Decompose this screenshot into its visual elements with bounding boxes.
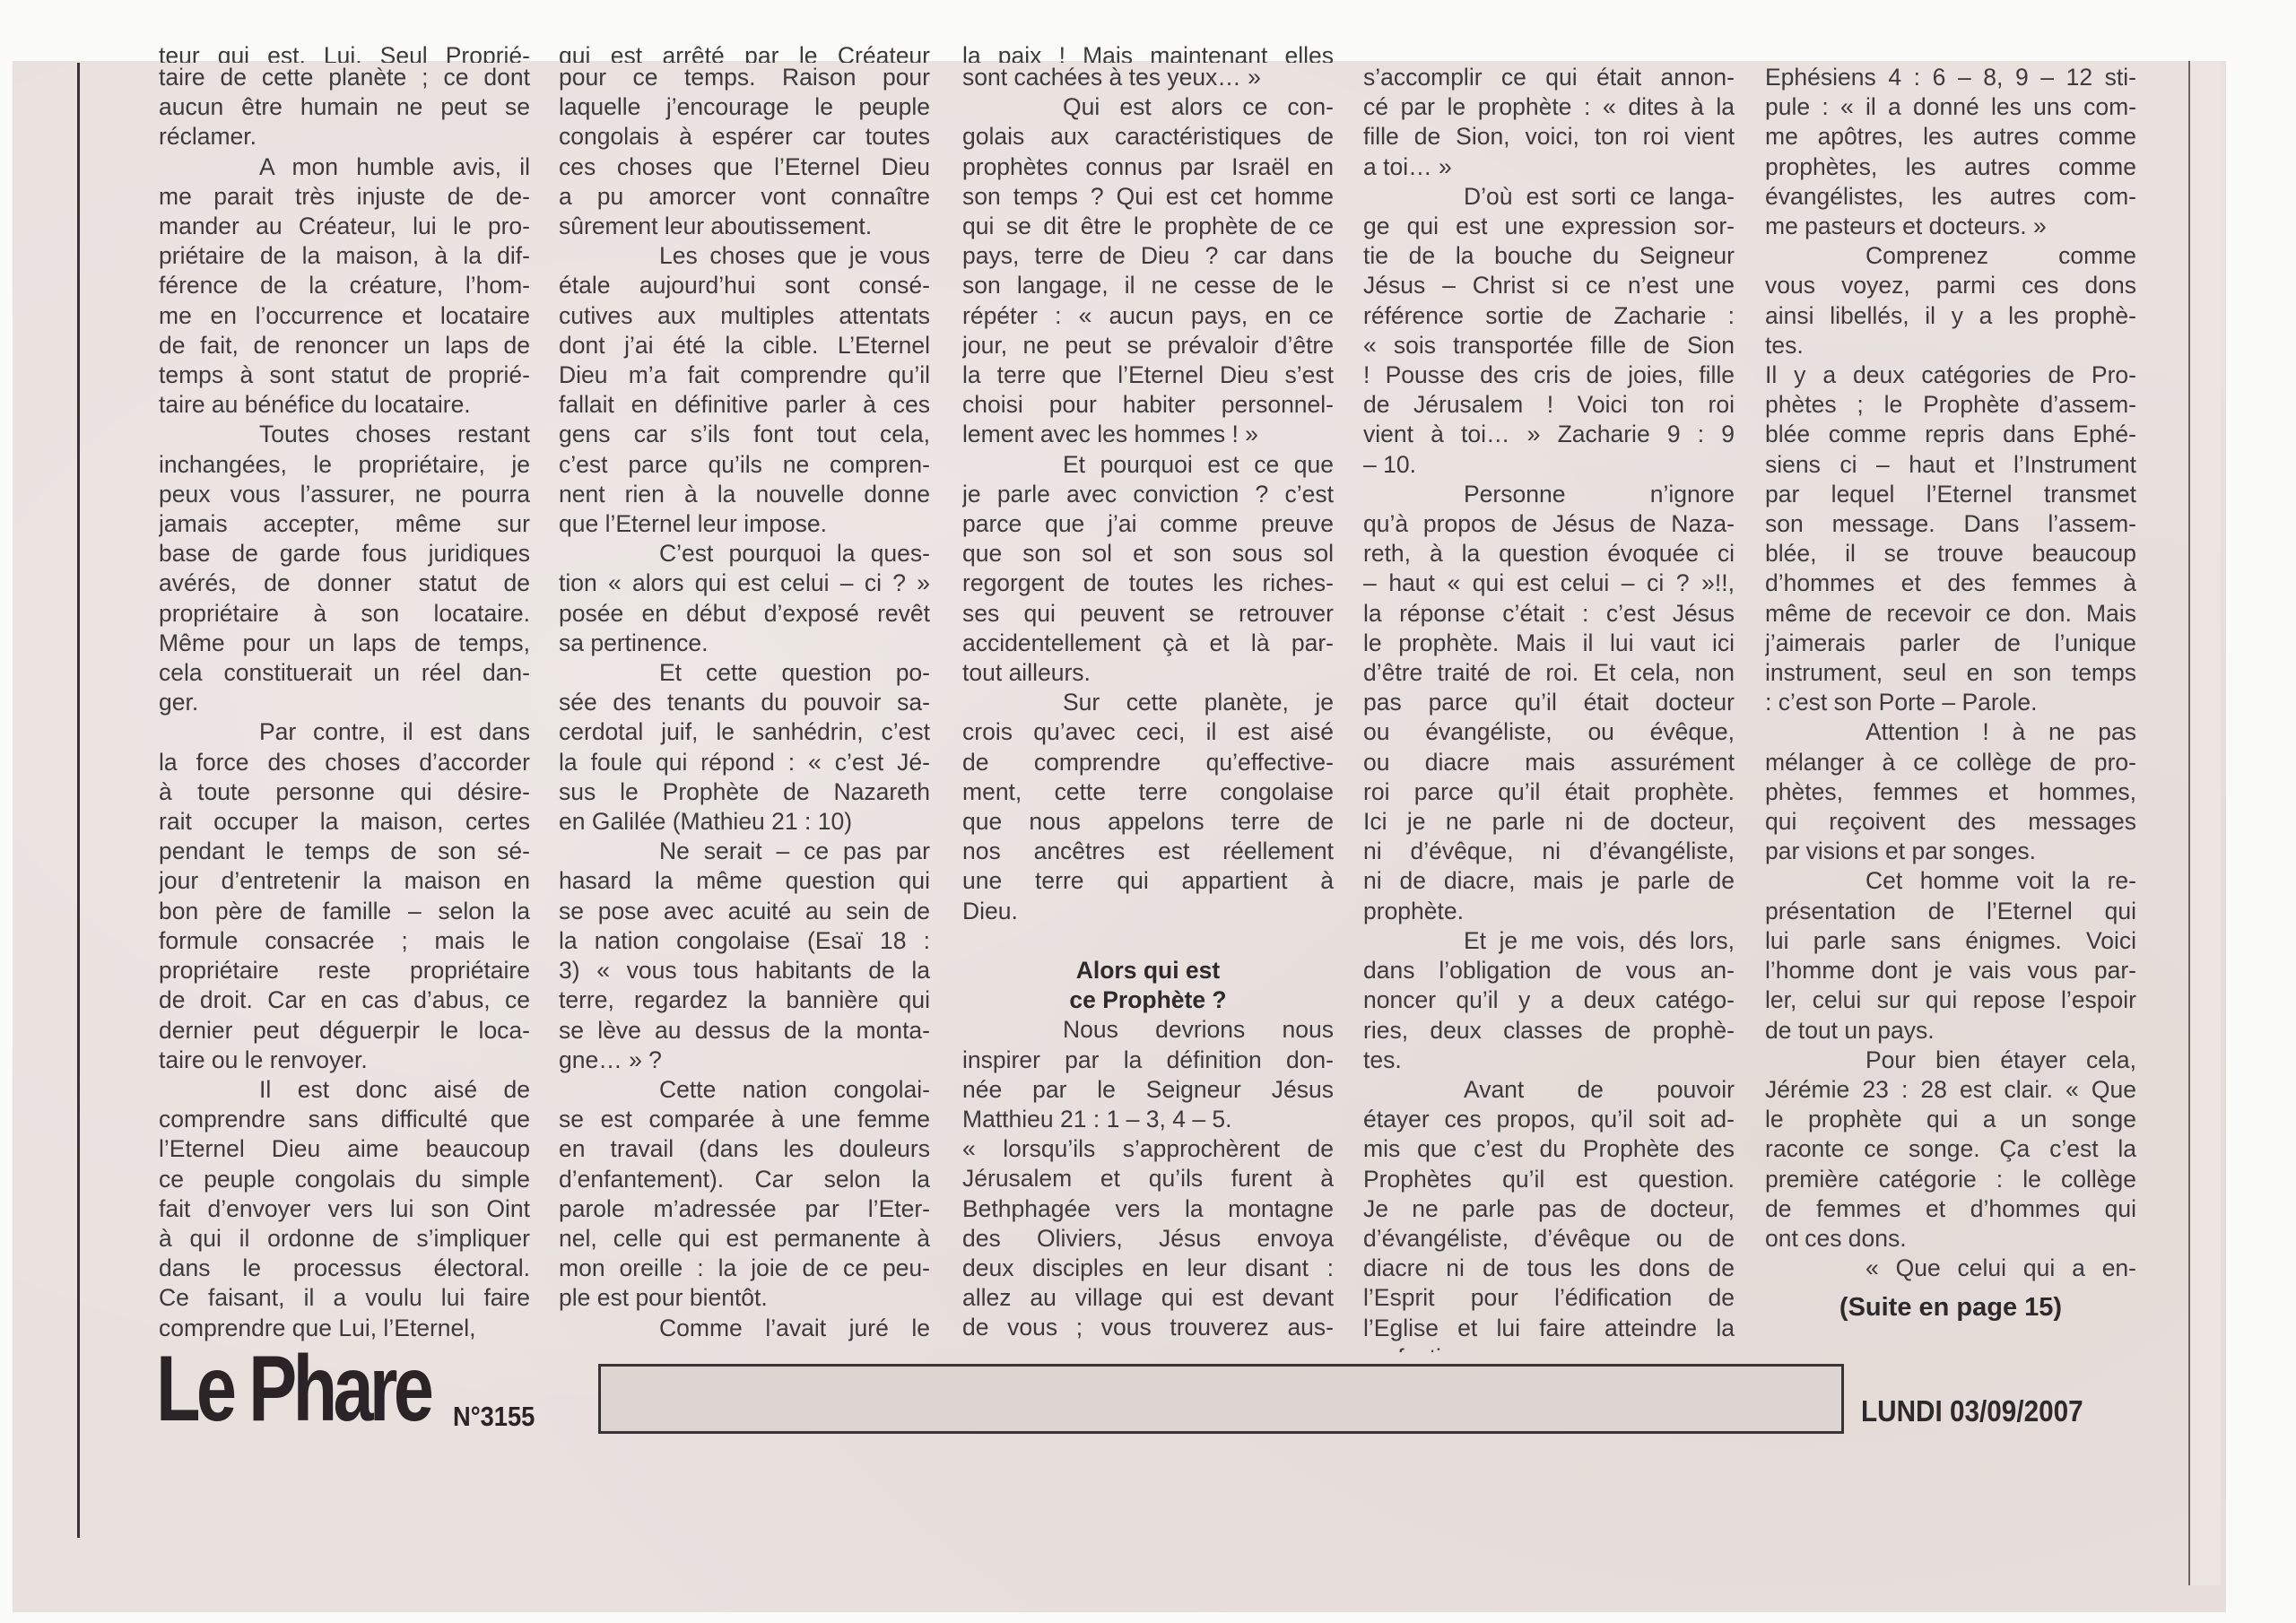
article-text-line: pas parce qu’il était docteur [1363, 688, 1735, 717]
article-text-line: Ephésiens 4 : 6 – 8, 9 – 12 sti- [1765, 63, 2136, 92]
article-text-line: Et je me vois, dés lors, [1363, 926, 1735, 956]
article-text-line: cerdotal juif, le sanhédrin, c’est [559, 717, 930, 747]
article-text-line: bon père de famille – selon la [159, 897, 530, 926]
article-text-line [962, 926, 1334, 956]
article-text-line: la force des choses d’accorder [159, 748, 530, 777]
article-text-line: formule consacrée ; mais le [159, 926, 530, 956]
article-text-line: sée des tenants du pouvoir sa- [559, 688, 930, 717]
article-text-line: D’où est sorti ce langa- [1363, 182, 1735, 212]
article-text-line: – 10. [1363, 450, 1735, 480]
article-text-line: cé par le prophète : « dites à la [1363, 92, 1735, 122]
article-text-line: – haut « qui est celui – ci ? »!!, [1363, 568, 1735, 598]
article-text-line: répéter : « aucun pays, en ce [962, 301, 1334, 331]
article-text-line: des Oliviers, Jésus envoya [962, 1224, 1334, 1254]
article-text-line: Qui est alors ce con- [962, 92, 1334, 122]
article-text-line: Prophètes qu’il est question. [1363, 1165, 1735, 1194]
article-text-line: de comprendre qu’effective- [962, 748, 1334, 777]
article-text-line: accidentellement çà et là par- [962, 629, 1334, 658]
article-subheading: Alors qui est [962, 956, 1334, 985]
article-text-line: blée, il se trouve beaucoup [1765, 539, 2136, 568]
article-text-line: jour, ne peut se prévaloir d’être [962, 331, 1334, 360]
article-text-line: Dieu m’a fait comprendre qu’il [559, 360, 930, 390]
article-text-line: évangélistes, les autres com- [1765, 182, 2136, 212]
article-text-line: la nation congolaise (Esaï 18 : [559, 926, 930, 956]
article-text-line: : c’est son Porte – Parole. [1765, 688, 2136, 717]
article-text-line: ce peuple congolais du simple [159, 1165, 530, 1194]
article-text-line: ni de diacre, mais je parle de [1363, 866, 1735, 896]
article-text-line: férence de la créature, l’hom- [159, 271, 530, 300]
article-text-line: en travail (dans les douleurs [559, 1134, 930, 1164]
article-text-line: C’est pourquoi la ques- [559, 539, 930, 568]
article-text-line: Cet homme voit la re- [1765, 866, 2136, 896]
article-text-line: de droit. Car en cas d’abus, ce [159, 985, 530, 1015]
clipped-first-line [1765, 41, 2136, 63]
paper-fold-edge [2188, 61, 2221, 1585]
article-text-line: de vous ; vous trouverez aus- [962, 1313, 1334, 1342]
clipped-line-text: qui est arrêté par le Créateur [559, 41, 930, 63]
article-text-line: vous voyez, parmi ces dons [1765, 271, 2136, 300]
article-text-line: a toi… » [1363, 152, 1735, 182]
article-text-line: tes. [1363, 1046, 1735, 1075]
article-text-line: mis que c’est du Prophète des [1363, 1134, 1735, 1164]
article-text-line: en Galilée (Mathieu 21 : 10) [559, 807, 930, 837]
article-text-line: par lequel l’Eternel transmet [1765, 480, 2136, 509]
article-text-line: Jésus – Christ si ce n’est une [1363, 271, 1735, 300]
article-text-line: d’être traité de roi. Et cela, non [1363, 658, 1735, 688]
article-text-line: dans le processus électoral. [159, 1254, 530, 1283]
article-text-line: inspirer par la définition don- [962, 1046, 1334, 1075]
clipped-first-line: teur qui est, Lui, Seul Proprié- [159, 41, 530, 63]
clipped-line-text: la paix ! Mais maintenant elles [962, 41, 1334, 63]
article-text-line: se lève au dessus de la monta- [559, 1016, 930, 1046]
article-text-line: propriétaire reste propriétaire [159, 956, 530, 985]
article-text-line: ler, celui sur qui repose l’espoir [1765, 985, 2136, 1015]
article-text-line: dont j’ai été la cible. L’Eternel [559, 331, 930, 360]
article-text-line: me apôtres, les autres comme [1765, 122, 2136, 152]
article-text-line: base de garde fous juridiques [159, 539, 530, 568]
article-text-line: regorgent de toutes les riches- [962, 568, 1334, 598]
article-text-line: le prophète qui a un songe [1765, 1105, 2136, 1134]
article-text-line: qui se dit être le prophète de ce [962, 212, 1334, 241]
article-text-line: Je ne parle pas de docteur, [1363, 1194, 1735, 1224]
article-text-line: prophètes, les autres comme [1765, 152, 2136, 182]
article-text-line: nos ancêtres est réellement [962, 837, 1334, 866]
article-text-line: se est comparée à une femme [559, 1105, 930, 1134]
article-text-line: Il est donc aisé de [159, 1075, 530, 1105]
article-text-line: la réponse c’était : c’est Jésus [1363, 599, 1735, 629]
article-text-line: blée comme repris dans Ephé- [1765, 420, 2136, 449]
article-text-line: dans l’obligation de vous an- [1363, 956, 1735, 985]
article-text-line: lement avec les hommes ! » [962, 420, 1334, 449]
article-text-line: à toute personne qui désire- [159, 777, 530, 807]
article-text-line: Ce faisant, il a voulu lui faire [159, 1283, 530, 1313]
article-column-3: la paix ! Mais maintenant ellessont cach… [962, 41, 1334, 1352]
article-text-line: son langage, il ne cesse de le [962, 271, 1334, 300]
article-text-line: pule : « il a donné les uns com- [1765, 92, 2136, 122]
article-text-line: ge qui est une expression sor- [1363, 212, 1735, 241]
article-text-line: d’évangéliste, d’évêque ou de [1363, 1224, 1735, 1254]
article-text-line: jour d’entretenir la maison en [159, 866, 530, 896]
clipped-first-line: qui est arrêté par le Créateur [559, 41, 930, 63]
article-text-line: mélanger à ce collège de pro- [1765, 748, 2136, 777]
article-text-line: tie de la bouche du Seigneur [1363, 241, 1735, 271]
publication-date: LUNDI 03/09/2007 [1861, 1394, 2083, 1428]
article-text-line: sus le Prophète de Nazareth [559, 777, 930, 807]
article-text-line: prophète. [1363, 897, 1735, 926]
article-text-line: aucun être humain ne peut se [159, 92, 530, 122]
article-text-line: s’accomplir ce qui était annon- [1363, 63, 1735, 92]
article-text-line: golais aux caractéristiques de [962, 122, 1334, 152]
article-text-line: « Que celui qui a en- [1765, 1254, 2136, 1283]
issue-number: N°3155 [453, 1401, 535, 1433]
article-text-line: jamais accepter, même sur [159, 509, 530, 539]
article-text-line: ni d’évêque, ni d’évangéliste, [1363, 837, 1735, 866]
article-text-line: mander au Créateur, lui le pro- [159, 212, 530, 241]
article-text-line: priétaire de la maison, à la dif- [159, 241, 530, 271]
article-text-line: 3) « vous tous habitants de la [559, 956, 930, 985]
article-text-line: cela constituerait un réel dan- [159, 658, 530, 688]
article-text-line: pendant le temps de son sé- [159, 837, 530, 866]
article-text-line: me parait très injuste de de- [159, 182, 530, 212]
article-text-line: nel, celle qui est permanente à [559, 1224, 930, 1254]
article-text-line: qui reçoivent des messages [1765, 807, 2136, 837]
footer-ad-box [598, 1364, 1844, 1434]
article-text-line: me en l’occurrence et locataire [159, 301, 530, 331]
article-text-line: Dieu. [962, 897, 1334, 926]
article-text-line: perfection. [1363, 1343, 1735, 1352]
article-text-line: l’homme dont je vais vous par- [1765, 956, 2136, 985]
clipped-line-text: teur qui est, Lui, Seul Proprié- [159, 41, 530, 63]
article-text-line: terre, regardez la bannière qui [559, 985, 930, 1015]
article-text-line: ainsi libellés, il y a les prophè- [1765, 301, 2136, 331]
article-text-line: hasard la même question qui [559, 866, 930, 896]
article-text-line: ger. [159, 688, 530, 717]
article-text-line: d’hommes et des femmes à [1765, 568, 2136, 598]
article-text-line: sûrement leur aboutissement. [559, 212, 930, 241]
article-text-line: la terre que l’Eternel Dieu s’est [962, 360, 1334, 390]
article-text-line: roi parce qu’il était prophète. [1363, 777, 1735, 807]
article-text-line: l’Eglise et lui faire atteindre la [1363, 1314, 1735, 1343]
article-text-line: Comprenez comme [1765, 241, 2136, 271]
article-text-line: comprendre sans difficulté que [159, 1105, 530, 1134]
article-text-line: pays, terre de Dieu ? car dans [962, 241, 1334, 271]
article-text-line: d’enfantement). Car selon la [559, 1165, 930, 1194]
article-text-line: à qui il ordonne de s’impliquer [159, 1224, 530, 1254]
article-text-line: ou évangéliste, ou évêque, [1363, 717, 1735, 747]
article-text-line: peux vous l’assurer, ne pourra [159, 480, 530, 509]
article-text-line: étale aujourd’hui sont consé- [559, 271, 930, 300]
article-text-line: Il y a deux catégories de Pro- [1765, 360, 2136, 390]
article-text-line: ses qui peuvent se retrouver [962, 599, 1334, 629]
article-text-line: ple est pour bientôt. [559, 1283, 930, 1313]
article-text-line: la foule qui répond : « c’est Jé- [559, 748, 930, 777]
article-text-line: Toutes choses restant [159, 420, 530, 449]
article-text-line: Comme l’avait juré le [559, 1314, 930, 1343]
article-text-line: A mon humble avis, il [159, 152, 530, 182]
article-text-line: de tout un pays. [1765, 1016, 2136, 1046]
article-text-line: Par contre, il est dans [159, 717, 530, 747]
article-text-line: fallait en définitive parler à ces [559, 390, 930, 420]
article-text-line: Nous devrions nous [962, 1015, 1334, 1045]
article-text-line: le prophète. Mais il lui vaut ici [1363, 629, 1735, 658]
article-text-line: inchangées, le propriétaire, je [159, 450, 530, 480]
article-text-line: noncer qu’il y a deux catégo- [1363, 985, 1735, 1015]
article-text-line: tes. [1765, 331, 2136, 360]
article-text-line: même de recevoir ce don. Mais [1765, 599, 2136, 629]
article-text-line: Bethphagée vers la montagne [962, 1194, 1334, 1224]
article-text-line: crois qu’avec ceci, il est aisé [962, 717, 1334, 747]
article-text-line: Personne n’ignore [1363, 480, 1735, 509]
article-text-line: phètes ; le Prophète d’assem- [1765, 390, 2136, 420]
article-text-line: ont ces dons. [1765, 1224, 2136, 1254]
article-text-line: fille de Sion, voici, ton roi vient [1363, 122, 1735, 152]
article-text-line: « lorsqu’ils s’approchèrent de [962, 1134, 1334, 1164]
article-text-line: avérés, de donner statut de [159, 568, 530, 598]
article-column-2: qui est arrêté par le Créateurpour ce te… [559, 41, 930, 1352]
article-text-line: ment, cette terre congolaise [962, 777, 1334, 807]
article-text-line: parole m’adressée par l’Eter- [559, 1194, 930, 1224]
article-text-line: Les choses que je vous [559, 241, 930, 271]
article-text-line: l’Esprit pour l’édification de [1363, 1283, 1735, 1313]
margin-rule [77, 63, 80, 1538]
article-text-line: première catégorie : le collège [1765, 1165, 2136, 1194]
article-text-line: référence sortie de Zacharie : [1363, 301, 1735, 331]
article-text-line: ou diacre mais assurément [1363, 748, 1735, 777]
article-text-line: me pasteurs et docteurs. » [1765, 212, 2136, 241]
article-text-line: rait occuper la maison, certes [159, 807, 530, 837]
article-text-line: Pour bien étayer cela, [1765, 1046, 2136, 1075]
continued-on-page-notice: (Suite en page 15) [1765, 1293, 2136, 1323]
article-text-line: Et cette question po- [559, 658, 930, 688]
article-text-line: de Jérusalem ! Voici ton roi [1363, 390, 1735, 420]
article-text-line: Attention ! à ne pas [1765, 717, 2136, 747]
article-text-line: réclamer. [159, 122, 530, 152]
article-text-line: nent rien à la nouvelle donne [559, 480, 930, 509]
article-text-line: laquelle j’encourage le peuple [559, 92, 930, 122]
article-text-line: taire ou le renvoyer. [159, 1046, 530, 1075]
article-text-line: congolais à espérer car toutes [559, 122, 930, 152]
article-text-line: gens car s’ils font tout cela, [559, 420, 930, 449]
article-text-line: l’Eternel Dieu aime beaucoup [159, 1134, 530, 1164]
article-text-line: siens ci – haut et l’Instrument [1765, 450, 2136, 480]
article-text-line: je parle avec conviction ? c’est [962, 480, 1334, 509]
article-text-line: une terre qui appartient à [962, 866, 1334, 896]
article-text-line: sa pertinence. [559, 629, 930, 658]
article-text-line: son temps ? Qui est cet homme [962, 182, 1334, 212]
article-text-line: Sur cette planète, je [962, 688, 1334, 717]
article-text-line: cutives aux multiples attentats [559, 301, 930, 331]
article-text-line: diacre ni de tous les dons de [1363, 1254, 1735, 1283]
article-column-4: s’accomplir ce qui était annon-cé par le… [1363, 41, 1735, 1352]
article-text-line: Même pour un laps de temps, [159, 629, 530, 658]
article-text-line: allez au village qui est devant [962, 1283, 1334, 1313]
article-text-line: Ici je ne parle ni de docteur, [1363, 807, 1735, 837]
article-text-line: qu’à propos de Jésus de Naza- [1363, 509, 1735, 539]
article-text-line: tout ailleurs. [962, 658, 1334, 688]
article-text-line: fait d’envoyer vers lui son Oint [159, 1194, 530, 1224]
article-text-line: choisi pour habiter personnel- [962, 390, 1334, 420]
article-text-line: lui parle sans énigmes. Voici [1765, 926, 2136, 956]
article-subheading: ce Prophète ? [962, 985, 1334, 1015]
article-text-line: j’aimerais parler de l’unique [1765, 629, 2136, 658]
article-text-line: vient à toi… » Zacharie 9 : 9 [1363, 420, 1735, 449]
clipped-first-line [1363, 41, 1735, 63]
article-text-line: Et pourquoi est ce que [962, 450, 1334, 480]
article-text-line: tion « alors qui est celui – ci ? » [559, 568, 930, 598]
article-text-line: ries, deux classes de prophè- [1363, 1016, 1735, 1046]
article-text-line: née par le Seigneur Jésus [962, 1075, 1334, 1105]
article-text-line: c’est parce qu’ils ne compren- [559, 450, 930, 480]
article-text-line: sont cachées à tes yeux… » [962, 63, 1334, 92]
article-text-line: ces choses que l’Eternel Dieu [559, 152, 930, 182]
article-text-line: de fait, de renoncer un laps de [159, 331, 530, 360]
article-text-line: Ne serait – ce pas par [559, 837, 930, 866]
article-text-line: dernier peut déguerpir le loca- [159, 1016, 530, 1046]
article-text-line: de femmes et d’hommes qui [1765, 1194, 2136, 1224]
article-text-line: que nous appelons terre de [962, 807, 1334, 837]
article-column-5: Ephésiens 4 : 6 – 8, 9 – 12 sti-pule : «… [1765, 41, 2136, 1352]
article-text-line: que son sol et son sous sol [962, 539, 1334, 568]
article-text-line: étayer ces propos, qu’il soit ad- [1363, 1105, 1735, 1134]
clipped-first-line: la paix ! Mais maintenant elles [962, 41, 1334, 63]
article-text-line: taire au bénéfice du locataire. [159, 390, 530, 420]
article-text-line: deux disciples en leur disant : [962, 1254, 1334, 1283]
article-text-line: son message. Dans l’assem- [1765, 509, 2136, 539]
article-column-1: teur qui est, Lui, Seul Proprié-taire de… [159, 41, 530, 1352]
article-text-line: Jérusalem et qu’ils furent à [962, 1164, 1334, 1193]
article-text-line: raconte ce songe. Ça c’est la [1765, 1134, 2136, 1164]
newspaper-masthead: Le Phare [156, 1342, 430, 1436]
article-text-line: instrument, seul en son temps [1765, 658, 2136, 688]
article-text-line: ! Pousse des cris de joies, fille [1363, 360, 1735, 390]
article-text-line: propriétaire à son locataire. [159, 599, 530, 629]
article-text-line: temps à sont statut de proprié- [159, 360, 530, 390]
article-text-line: pour ce temps. Raison pour [559, 63, 930, 92]
article-text-line: reth, à la question évoquée ci [1363, 539, 1735, 568]
article-text-line: phètes, femmes et hommes, [1765, 777, 2136, 807]
article-text-line: posée en début d’exposé revêt [559, 599, 930, 629]
article-text-line: a pu amorcer vont connaître [559, 182, 930, 212]
article-text-line: Matthieu 21 : 1 – 3, 4 – 5. [962, 1105, 1334, 1134]
article-text-line: prophètes connus par Israël en [962, 152, 1334, 182]
article-text-line: Avant de pouvoir [1363, 1075, 1735, 1105]
article-text-line: présentation de l’Eternel qui [1765, 897, 2136, 926]
article-text-line: se pose avec acuité au sein de [559, 897, 930, 926]
article-text-line: parce que j’ai comme preuve [962, 509, 1334, 539]
article-text-line: que l’Eternel leur impose. [559, 509, 930, 539]
article-text-line: Jérémie 23 : 28 est clair. « Que [1765, 1075, 2136, 1105]
article-text-line: « sois transportée fille de Sion [1363, 331, 1735, 360]
article-text-line: Cette nation congolai- [559, 1075, 930, 1105]
article-text-line: gne… » ? [559, 1046, 930, 1075]
article-text-line: taire de cette planète ; ce dont [159, 63, 530, 92]
article-text-line: mon oreille : la joie de ce peu- [559, 1254, 930, 1283]
article-text-line: par visions et par songes. [1765, 837, 2136, 866]
